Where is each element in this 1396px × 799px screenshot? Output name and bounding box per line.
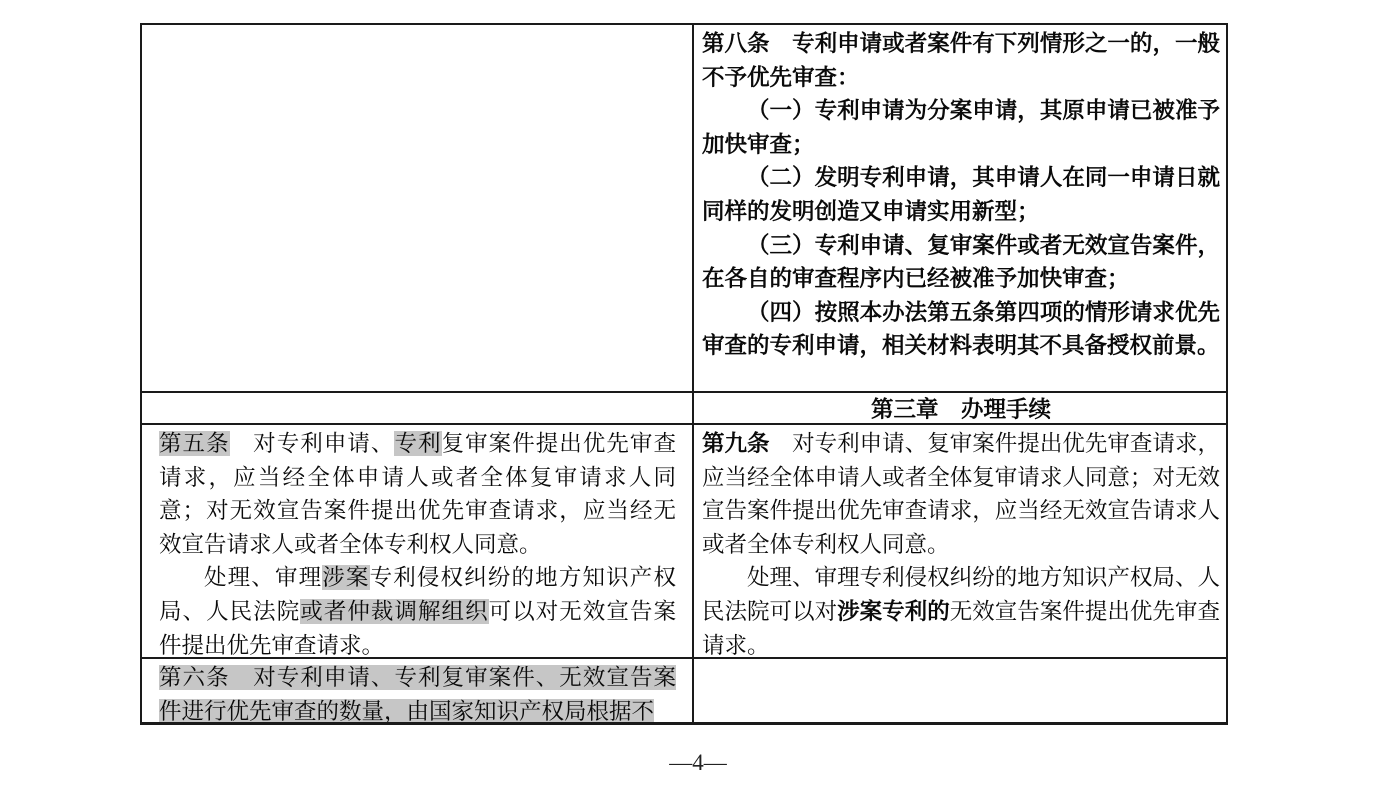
row-article8-left-cell xyxy=(142,25,694,393)
deleted-text-highlight: 或者仲裁调解组织 xyxy=(300,599,488,624)
row-article6-left-cell: 第六条 对专利申请、专利复审案件、无效宣告案件进行优先审查的数量，由国家知识产权… xyxy=(142,659,694,722)
page-number: —4— xyxy=(0,749,1396,777)
paragraph: 第八条 专利申请或者案件有下列情形之一的，一般不予优先审查： xyxy=(702,27,1220,94)
paragraph: 第五条 对专利申请、专利复审案件提出优先审查请求，应当经全体申请人或者全体复审请… xyxy=(159,427,676,561)
row-article8-right-cell: 第八条 专利申请或者案件有下列情形之一的，一般不予优先审查：（一）专利申请为分案… xyxy=(694,25,1228,393)
added-text-emphasis: 第八条 专利申请或者案件有下列情形之一的，一般不予优先审查： xyxy=(702,31,1220,90)
added-text-emphasis: （四）按照本办法第五条第四项的情形请求优先审查的专利申请，相关材料表明其不具备授… xyxy=(702,300,1220,359)
paragraph: 第六条 对专利申请、专利复审案件、无效宣告案件进行优先审查的数量，由国家知识产权… xyxy=(159,661,676,722)
added-text-emphasis: 第三章 办理手续 xyxy=(871,397,1051,422)
paragraph: （二）发明专利申请，其申请人在同一申请日就同样的发明创造又申请实用新型； xyxy=(702,161,1220,228)
added-text-emphasis: （三）专利申请、复审案件或者无效宣告案件，在各自的审查程序内已经被准予加快审查； xyxy=(702,233,1220,292)
deleted-text-highlight: 第六条 对专利申请、专利复审案件、无效宣告案件进行优先审查的数量，由国家知识产权… xyxy=(159,665,676,722)
text-run: 对专利申请、复审案件提出优先审查请求，应当经全体申请人或者全体复审请求人同意；对… xyxy=(702,431,1220,557)
row-article6-right-cell xyxy=(694,659,1228,722)
paragraph: 处理、审理专利侵权纠纷的地方知识产权局、人民法院可以对涉案专利的无效宣告案件提出… xyxy=(702,561,1220,659)
row-article5-article9-left-cell: 第五条 对专利申请、专利复审案件提出优先审查请求，应当经全体申请人或者全体复审请… xyxy=(142,425,694,659)
deleted-text-highlight: 第五条 xyxy=(159,431,230,456)
paragraph: （三）专利申请、复审案件或者无效宣告案件，在各自的审查程序内已经被准予加快审查； xyxy=(702,229,1220,296)
paragraph: （四）按照本办法第五条第四项的情形请求优先审查的专利申请，相关材料表明其不具备授… xyxy=(702,296,1220,363)
added-text-emphasis: （二）发明专利申请，其申请人在同一申请日就同样的发明创造又申请实用新型； xyxy=(702,165,1220,224)
document-page: 第八条 专利申请或者案件有下列情形之一的，一般不予优先审查：（一）专利申请为分案… xyxy=(0,0,1396,799)
added-text-emphasis: 第九条 xyxy=(702,431,770,456)
deleted-text-highlight: 涉案 xyxy=(322,565,369,590)
row-chapter3-heading-left-cell xyxy=(142,393,694,425)
paragraph: 第九条 对专利申请、复审案件提出优先审查请求，应当经全体申请人或者全体复审请求人… xyxy=(702,427,1220,561)
paragraph: 第三章 办理手续 xyxy=(702,395,1220,424)
comparison-table: 第八条 专利申请或者案件有下列情形之一的，一般不予优先审查：（一）专利申请为分案… xyxy=(140,23,1228,725)
added-text-emphasis: （一）专利申请为分案申请，其原申请已被准予加快审查； xyxy=(702,98,1220,157)
text-run: 对专利申请、 xyxy=(230,431,395,456)
deleted-text-highlight: 专利 xyxy=(394,431,441,456)
paragraph: （一）专利申请为分案申请，其原申请已被准予加快审查； xyxy=(702,94,1220,161)
added-text-emphasis: 涉案专利的 xyxy=(837,599,950,624)
paragraph: 处理、审理涉案专利侵权纠纷的地方知识产权局、人民法院或者仲裁调解组织可以对无效宣… xyxy=(159,561,676,659)
text-run: 处理、审理 xyxy=(204,565,322,590)
row-article5-article9-right-cell: 第九条 对专利申请、复审案件提出优先审查请求，应当经全体申请人或者全体复审请求人… xyxy=(694,425,1228,659)
row-chapter3-heading-right-cell: 第三章 办理手续 xyxy=(694,393,1228,425)
